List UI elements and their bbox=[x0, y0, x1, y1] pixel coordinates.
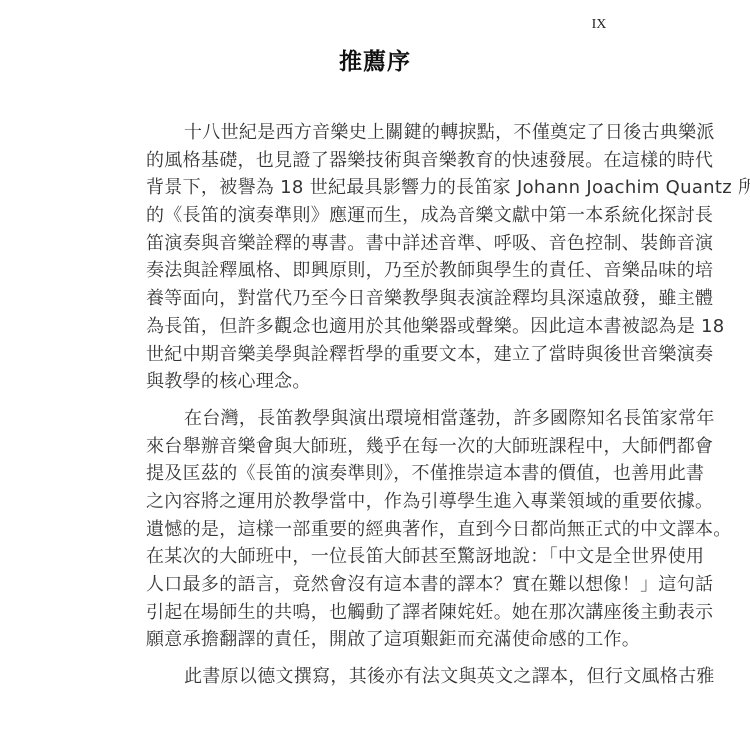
paragraph-1: 十八世紀是西方音樂史上關鍵的轉捩點，不僅奠定了日後古典樂派 的風格基礎，也見證了… bbox=[146, 119, 606, 396]
text-line: 人口最多的語言，竟然會沒有這本書的譯本？實在難以想像！」這句話 bbox=[146, 571, 606, 599]
text-line: 的《長笛的演奏準則》應運而生，成為音樂文獻中第一本系統化探討長 bbox=[146, 202, 606, 230]
text-line: 與教學的核心理念。 bbox=[146, 368, 606, 396]
text-line: 笛演奏與音樂詮釋的專書。書中詳述音準、呼吸、音色控制、裝飾音演 bbox=[146, 230, 606, 258]
text-line: 引起在場師生的共鳴，也觸動了譯者陳姹妊。她在那次講座後主動表示 bbox=[146, 599, 606, 627]
text-line: 為長笛，但許多觀念也適用於其他樂器或聲樂。因此這本書被認為是 18 bbox=[146, 313, 606, 341]
text-line: 的風格基礎，也見證了器樂技術與音樂教育的快速發展。在這樣的時代 bbox=[146, 147, 606, 175]
text-line: 提及匡茲的《長笛的演奏準則》，不僅推崇這本書的價值，也善用此書 bbox=[146, 460, 606, 488]
text-line: 之內容將之運用於教學當中，作為引導學生進入專業領域的重要依據。 bbox=[146, 488, 606, 516]
page-number: IX bbox=[588, 17, 610, 33]
text-line: 背景下，被譽為 18 世紀最具影響力的長笛家 Johann Joachim Qu… bbox=[146, 174, 606, 202]
paragraph-3: 此書原以德文撰寫，其後亦有法文與英文之譯本，但行文風格古雅 bbox=[146, 663, 606, 691]
text-line: 奏法與詮釋風格、即興原則，乃至於教師與學生的責任、音樂品味的培 bbox=[146, 257, 606, 285]
paragraph-2: 在台灣，長笛教學與演出環境相當蓬勃，許多國際知名長笛家常年 來台舉辦音樂會與大師… bbox=[146, 405, 606, 654]
body-text: 十八世紀是西方音樂史上關鍵的轉捩點，不僅奠定了日後古典樂派 的風格基礎，也見證了… bbox=[146, 119, 606, 700]
text-line: 在某次的大師班中，一位長笛大師甚至驚訝地說：「中文是全世界使用 bbox=[146, 543, 606, 571]
text-line: 此書原以德文撰寫，其後亦有法文與英文之譯本，但行文風格古雅 bbox=[146, 663, 606, 691]
text-line: 來台舉辦音樂會與大師班，幾乎在每一次的大師班課程中，大師們都會 bbox=[146, 433, 606, 461]
text-line: 十八世紀是西方音樂史上關鍵的轉捩點，不僅奠定了日後古典樂派 bbox=[146, 119, 606, 147]
text-line: 養等面向，對當代乃至今日音樂教學與表演詮釋均具深遠啟發，雖主體 bbox=[146, 285, 606, 313]
text-line: 遺憾的是，這樣一部重要的經典著作，直到今日都尚無正式的中文譯本。 bbox=[146, 516, 606, 544]
page-title: 推薦序 bbox=[0, 43, 750, 76]
text-line: 在台灣，長笛教學與演出環境相當蓬勃，許多國際知名長笛家常年 bbox=[146, 405, 606, 433]
book-page: IX 推薦序 十八世紀是西方音樂史上關鍵的轉捩點，不僅奠定了日後古典樂派 的風格… bbox=[0, 0, 750, 750]
text-line: 願意承擔翻譯的責任，開啟了這項艱鉅而充滿使命感的工作。 bbox=[146, 626, 606, 654]
text-line: 世紀中期音樂美學與詮釋哲學的重要文本，建立了當時與後世音樂演奏 bbox=[146, 341, 606, 369]
